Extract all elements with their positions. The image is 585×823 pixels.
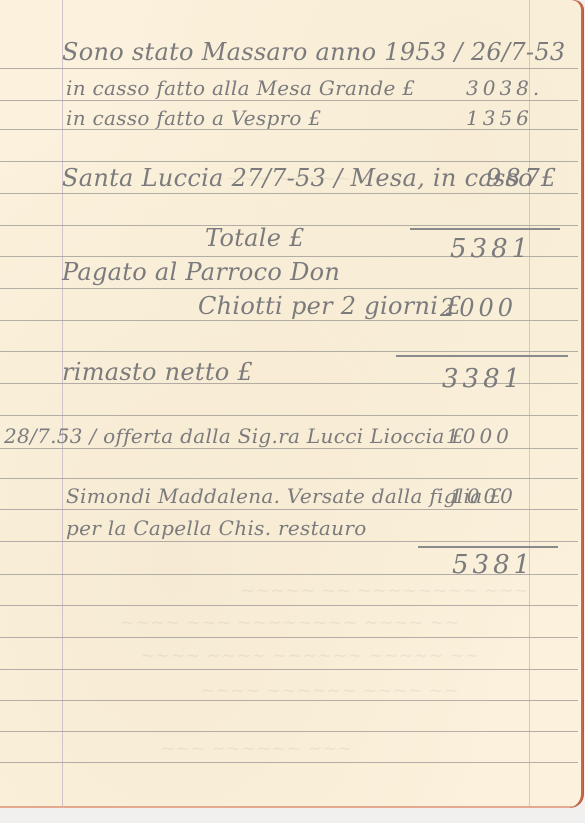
- total-label: Totale £: [205, 224, 305, 252]
- page-bottom-edge: [0, 806, 575, 808]
- ledger-entry-amount: 3038.: [466, 76, 543, 100]
- sum-line: [410, 228, 560, 230]
- ledger-entry-text: 28/7.53 / offerta dalla Sig.ra Lucci Lio…: [4, 424, 464, 448]
- ledger-entry-amount: 1000: [450, 484, 517, 508]
- sum-line: [418, 546, 558, 548]
- ledger-heading: Sono stato Massaro anno 1953 / 26/7-53: [62, 38, 565, 66]
- left-margin-line: [62, 0, 63, 808]
- balance-label: rimasto netto £: [62, 358, 253, 386]
- ledger-entry-text: Simondi Maddalena. Versate dalla figlia …: [66, 484, 502, 508]
- bleed-through-texture: ~~~~ ~~~~~~ ~~~~ ~~: [200, 680, 458, 701]
- ledger-entry-text: Pagato al Parroco Don: [62, 258, 340, 286]
- balance-amount: 3381: [442, 364, 524, 394]
- ruled-line: [0, 541, 578, 542]
- ledger-entry-amount: 1000: [446, 424, 513, 448]
- ruled-line: [0, 193, 578, 194]
- final-total-amount: 5381: [452, 550, 534, 580]
- total-amount: 5381: [450, 234, 532, 264]
- ruled-line: [0, 100, 578, 101]
- ruled-line: [0, 161, 578, 162]
- ruled-line: [0, 415, 578, 416]
- ruled-line: [0, 762, 578, 763]
- ledger-entry-text: Chiotti per 2 giorni £: [198, 292, 462, 320]
- ruled-line: [0, 351, 578, 352]
- bleed-through-texture: ~~~~ ~~~~ ~~~~~~ ~~~~~ ~~: [140, 645, 480, 666]
- ledger-entry-amount: 1356: [466, 106, 533, 130]
- ledger-entry-text: Santa Luccia 27/7-53 / Mesa, in casso £: [62, 164, 556, 192]
- ruled-line: [0, 478, 578, 479]
- ruled-line: [0, 605, 578, 606]
- ruled-line: [0, 669, 578, 670]
- bleed-through-texture: ~~~~~ ~~ ~~~~~~~~ ~~~: [240, 580, 529, 601]
- ruled-line: [0, 509, 578, 510]
- sum-line: [396, 355, 568, 357]
- ledger-entry-amount: 987: [486, 164, 544, 192]
- ledger-entry-amount: 2000: [440, 294, 517, 322]
- bleed-through-texture: ~~~~ ~~~ ~~~~~~~~ ~~~~ ~~: [120, 612, 460, 633]
- bleed-through-texture: ~~~ ~~~~~~ ~~~: [160, 738, 352, 759]
- ledger-entry-text: in casso fatto a Vespro £: [66, 106, 321, 130]
- ruled-line: [0, 448, 578, 449]
- ruled-line: [0, 637, 578, 638]
- ledger-entry-text: per la Capella Chis. restauro: [66, 516, 367, 540]
- notebook-page: ~~~~ ~~~~~ ~~~~ ~~~~~ ~~ ~~~~~~~~ ~~~ ~~…: [0, 0, 581, 808]
- ruled-line: [0, 68, 578, 69]
- ledger-entry-text: in casso fatto alla Mesa Grande £: [66, 76, 415, 100]
- ruled-line: [0, 288, 578, 289]
- ruled-line: [0, 731, 578, 732]
